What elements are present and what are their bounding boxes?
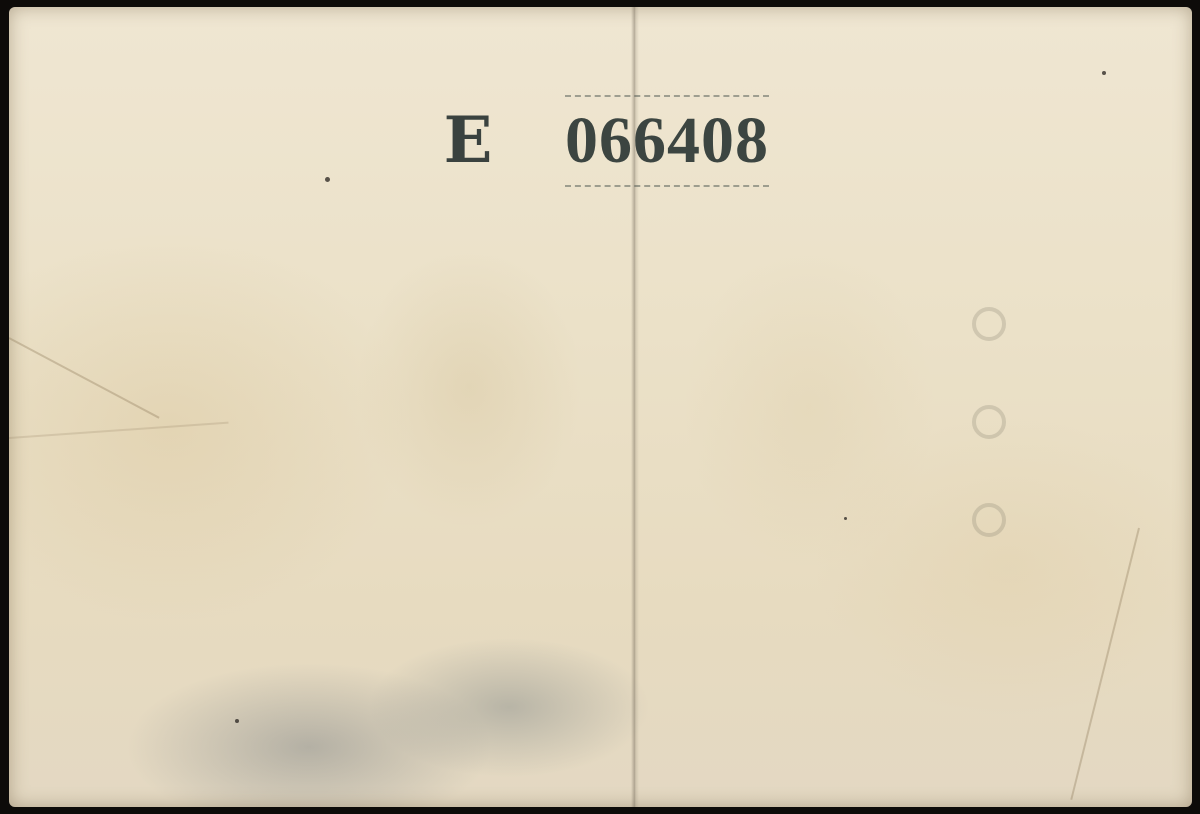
crease-line <box>9 337 160 419</box>
stain-speck <box>1102 71 1106 75</box>
faded-mark <box>972 307 1006 341</box>
crease-line <box>1070 528 1140 800</box>
stain-speck <box>325 177 330 182</box>
faded-printing <box>964 307 1014 537</box>
photo-frame: E 066408 <box>0 0 1200 814</box>
faded-mark <box>972 405 1006 439</box>
faded-mark <box>972 503 1006 537</box>
crease-line <box>9 422 229 439</box>
banknote: E 066408 <box>9 7 1192 807</box>
stain-speck <box>844 517 847 520</box>
serial-number-block: E 066408 <box>433 95 769 187</box>
stain-speck <box>235 719 239 723</box>
serial-number: 066408 <box>565 95 769 187</box>
serial-prefix: E <box>433 103 503 178</box>
